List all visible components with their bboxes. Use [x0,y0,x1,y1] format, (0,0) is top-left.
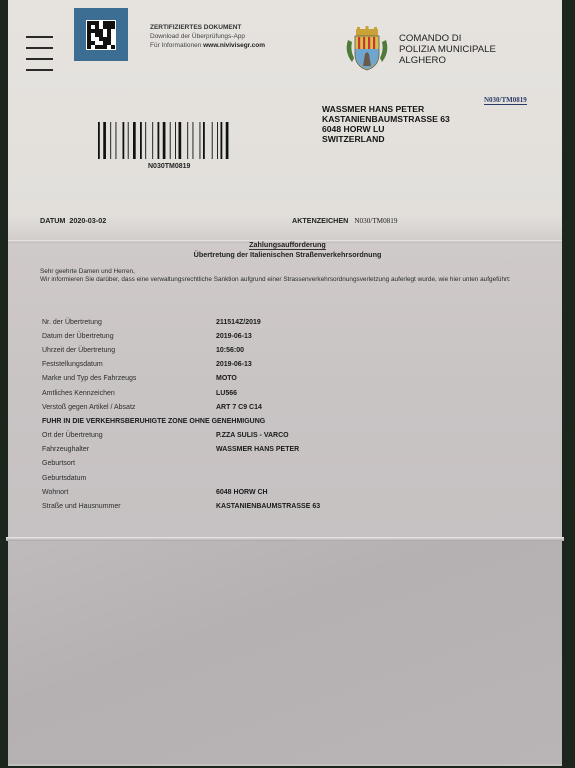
certificate-url: www.nivivisegr.com [203,42,265,49]
detail-row: Feststellungsdatum2019-06-13 [42,358,542,372]
address-line: SWITZERLAND [322,134,450,144]
detail-value: MOTO [216,375,237,382]
detail-value: 2019-06-13 [216,361,252,368]
certificate-block: ZERTIFIZIERTES DOKUMENT Download der Übe… [150,23,265,50]
date-value: 2020-03-02 [69,216,106,225]
detail-label: Straße und Hausnummer [42,503,216,510]
detail-row: Verstoß gegen Artikel / AbsatzART 7 C9 C… [42,400,542,414]
fold-line [6,537,564,541]
detail-value: KASTANIENBAUMSTRASSE 63 [216,503,320,510]
file-reference-value: N030/TM0819 [354,217,397,225]
detail-row: Geburtsort [42,457,542,471]
detail-label: Marke und Typ des Fahrzeugs [42,375,216,382]
detail-label: Ort der Übertretung [42,432,216,439]
detail-value: 2019-06-13 [216,333,252,340]
detail-value: LU566 [216,390,237,397]
address-line: 6048 HORW LU [322,124,450,134]
menu-icon [26,36,53,80]
coat-of-arms-icon [344,26,390,72]
folded-lower-panel [8,540,562,764]
detail-row: FahrzeughalterWASSMER HANS PETER [42,443,542,457]
barcode-icon [98,122,256,159]
detail-label: Nr. der Übertretung [42,319,216,326]
detail-value: 211514Z/2019 [216,319,261,326]
detail-label: FUHR IN DIE VERKEHRSBERUHIGTE ZONE OHNE … [42,418,265,425]
detail-label: Datum der Übertretung [42,333,216,340]
file-reference-field: AKTENZEICHEN N030/TM0819 [292,216,397,225]
detail-value: P.ZZA SULIS - VARCO [216,432,289,439]
detail-value: WASSMER HANS PETER [216,446,299,453]
authority-line: ALGHERO [399,55,496,66]
address-line: WASSMER HANS PETER [322,104,450,114]
detail-value: 10:56:00 [216,347,244,354]
date-label: DATUM [40,216,65,225]
detail-label: Verstoß gegen Artikel / Absatz [42,404,216,411]
detail-row: Geburtsdatum [42,471,542,485]
barcode-text: N030TM0819 [148,163,190,170]
intro-body: Wir informieren Sie darüber, dass eine v… [40,276,555,284]
detail-row: Wohnort6048 HORW CH [42,485,542,499]
document-subtitle: Übertretung der Italienischen Straßenver… [0,250,575,259]
detail-label: Amtliches Kennzeichen [42,390,216,397]
detail-label: Geburtsort [42,460,216,467]
detail-label: Fahrzeughalter [42,446,216,453]
certificate-info-prefix: Für Informationen [150,42,201,49]
detail-row: Nr. der Übertretung211514Z/2019 [42,315,542,329]
detail-value: 6048 HORW CH [216,489,268,496]
detail-row: Datum der Übertretung2019-06-13 [42,329,542,343]
detail-label: Geburtsdatum [42,475,216,482]
violation-details: Nr. der Übertretung211514Z/2019Datum der… [42,315,542,514]
authority-line: COMANDO DI [399,33,496,44]
detail-value: ART 7 C9 C14 [216,404,262,411]
detail-row: Ort der ÜbertretungP.ZZA SULIS - VARCO [42,429,542,443]
file-reference-label: AKTENZEICHEN [292,216,348,225]
detail-row: Marke und Typ des FahrzeugsMOTO [42,372,542,386]
greeting: Sehr geehrte Damen und Herren, [40,268,555,276]
detail-label: Wohnort [42,489,216,496]
reference-number: N030/TM0819 [484,96,527,105]
detail-row: Amtliches KennzeichenLU566 [42,386,542,400]
detail-label: Feststellungsdatum [42,361,216,368]
recipient-address: WASSMER HANS PETER KASTANIENBAUMSTRASSE … [322,104,450,144]
certificate-title: ZERTIFIZIERTES DOKUMENT [150,23,265,32]
intro-text: Sehr geehrte Damen und Herren, Wir infor… [40,268,555,284]
detail-row: Straße und HausnummerKASTANIENBAUMSTRASS… [42,499,542,513]
certificate-download: Download der Überprüfungs-App [150,32,265,41]
document-title-text: Zahlungsaufforderung [249,240,326,250]
address-line: KASTANIENBAUMSTRASSE 63 [322,114,450,124]
date-field: DATUM 2020-03-02 [40,216,106,225]
detail-label: Uhrzeit der Übertretung [42,347,216,354]
authority-name: COMANDO DI POLIZIA MUNICIPALE ALGHERO [399,33,496,66]
qr-code-icon [74,8,128,61]
authority-line: POLIZIA MUNICIPALE [399,44,496,55]
detail-row: FUHR IN DIE VERKEHRSBERUHIGTE ZONE OHNE … [42,414,542,428]
document-title: Zahlungsaufforderung [0,240,575,249]
detail-row: Uhrzeit der Übertretung10:56:00 [42,343,542,357]
